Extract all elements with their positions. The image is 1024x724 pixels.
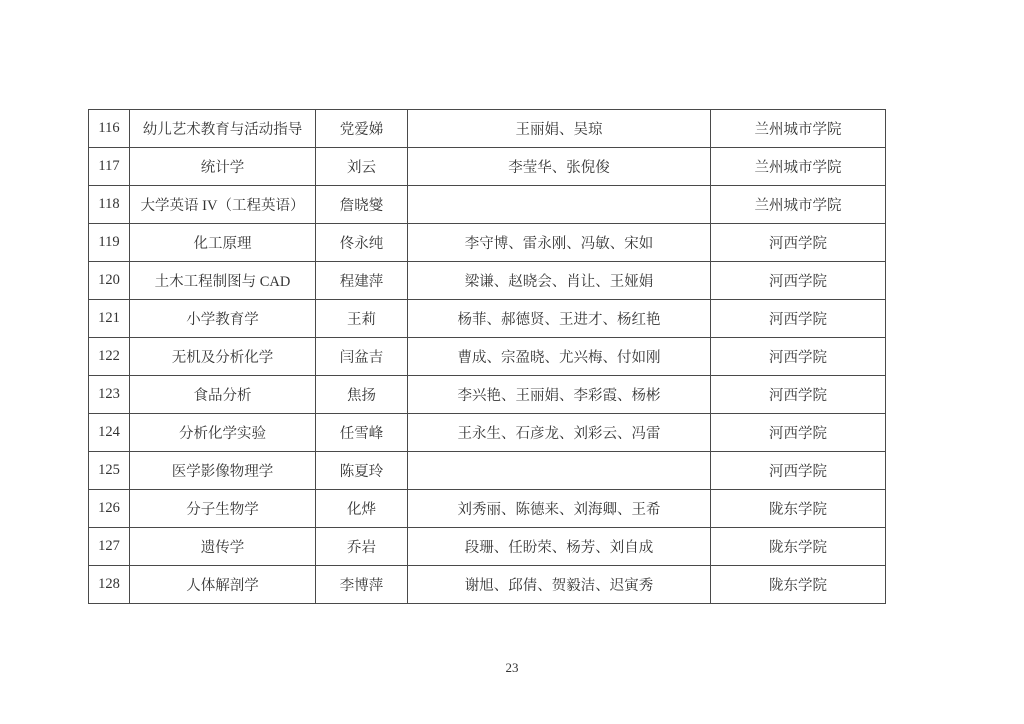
institution-cell: 河西学院 — [711, 300, 886, 338]
table-row: 118大学英语 IV（工程英语）詹晓燮兰州城市学院 — [89, 186, 886, 224]
course-name-cell: 遗传学 — [130, 528, 316, 566]
row-number-cell: 116 — [89, 110, 130, 148]
team-members-cell: 曹成、宗盈晓、尤兴梅、付如刚 — [408, 338, 711, 376]
institution-cell: 陇东学院 — [711, 566, 886, 604]
leader-name-cell: 焦扬 — [316, 376, 408, 414]
leader-name-cell: 乔岩 — [316, 528, 408, 566]
institution-cell: 河西学院 — [711, 414, 886, 452]
leader-name-cell: 闫盆吉 — [316, 338, 408, 376]
team-members-cell: 谢旭、邱倩、贺毅洁、迟寅秀 — [408, 566, 711, 604]
institution-cell: 兰州城市学院 — [711, 110, 886, 148]
leader-name-cell: 陈夏玲 — [316, 452, 408, 490]
table-row: 124分析化学实验任雪峰王永生、石彦龙、刘彩云、冯雷河西学院 — [89, 414, 886, 452]
team-members-cell: 李兴艳、王丽娟、李彩霞、杨彬 — [408, 376, 711, 414]
course-name-cell: 小学教育学 — [130, 300, 316, 338]
institution-cell: 河西学院 — [711, 338, 886, 376]
row-number-cell: 124 — [89, 414, 130, 452]
institution-cell: 河西学院 — [711, 376, 886, 414]
team-members-cell — [408, 452, 711, 490]
team-members-cell: 李莹华、张倪俊 — [408, 148, 711, 186]
row-number-cell: 126 — [89, 490, 130, 528]
row-number-cell: 127 — [89, 528, 130, 566]
row-number-cell: 122 — [89, 338, 130, 376]
institution-cell: 陇东学院 — [711, 528, 886, 566]
table-row: 122无机及分析化学闫盆吉曹成、宗盈晓、尤兴梅、付如刚河西学院 — [89, 338, 886, 376]
row-number-cell: 128 — [89, 566, 130, 604]
table-row: 127遗传学乔岩段珊、任盼荣、杨芳、刘自成陇东学院 — [89, 528, 886, 566]
course-table-body: 116幼儿艺术教育与活动指导党爱娣王丽娟、吴琼兰州城市学院117统计学刘云李莹华… — [89, 110, 886, 604]
leader-name-cell: 任雪峰 — [316, 414, 408, 452]
institution-cell: 兰州城市学院 — [711, 148, 886, 186]
leader-name-cell: 王莉 — [316, 300, 408, 338]
team-members-cell: 李守博、雷永刚、冯敏、宋如 — [408, 224, 711, 262]
team-members-cell — [408, 186, 711, 224]
course-table: 116幼儿艺术教育与活动指导党爱娣王丽娟、吴琼兰州城市学院117统计学刘云李莹华… — [88, 109, 886, 604]
team-members-cell: 王永生、石彦龙、刘彩云、冯雷 — [408, 414, 711, 452]
table-row: 121小学教育学王莉杨菲、郝德贤、王进才、杨红艳河西学院 — [89, 300, 886, 338]
row-number-cell: 119 — [89, 224, 130, 262]
table-row: 125医学影像物理学陈夏玲河西学院 — [89, 452, 886, 490]
leader-name-cell: 刘云 — [316, 148, 408, 186]
course-name-cell: 土木工程制图与 CAD — [130, 262, 316, 300]
leader-name-cell: 程建萍 — [316, 262, 408, 300]
course-name-cell: 大学英语 IV（工程英语） — [130, 186, 316, 224]
course-name-cell: 人体解剖学 — [130, 566, 316, 604]
institution-cell: 兰州城市学院 — [711, 186, 886, 224]
leader-name-cell: 化烨 — [316, 490, 408, 528]
course-name-cell: 化工原理 — [130, 224, 316, 262]
institution-cell: 河西学院 — [711, 224, 886, 262]
institution-cell: 河西学院 — [711, 452, 886, 490]
course-name-cell: 幼儿艺术教育与活动指导 — [130, 110, 316, 148]
row-number-cell: 123 — [89, 376, 130, 414]
course-name-cell: 食品分析 — [130, 376, 316, 414]
row-number-cell: 121 — [89, 300, 130, 338]
leader-name-cell: 李博萍 — [316, 566, 408, 604]
row-number-cell: 120 — [89, 262, 130, 300]
table-row: 128人体解剖学李博萍谢旭、邱倩、贺毅洁、迟寅秀陇东学院 — [89, 566, 886, 604]
team-members-cell: 梁谦、赵晓会、肖让、王娅娟 — [408, 262, 711, 300]
table-row: 126分子生物学化烨刘秀丽、陈德来、刘海卿、王希陇东学院 — [89, 490, 886, 528]
row-number-cell: 118 — [89, 186, 130, 224]
course-name-cell: 无机及分析化学 — [130, 338, 316, 376]
table-row: 120土木工程制图与 CAD程建萍梁谦、赵晓会、肖让、王娅娟河西学院 — [89, 262, 886, 300]
row-number-cell: 117 — [89, 148, 130, 186]
document-page: 116幼儿艺术教育与活动指导党爱娣王丽娟、吴琼兰州城市学院117统计学刘云李莹华… — [0, 0, 1024, 724]
course-name-cell: 医学影像物理学 — [130, 452, 316, 490]
table-row: 117统计学刘云李莹华、张倪俊兰州城市学院 — [89, 148, 886, 186]
team-members-cell: 王丽娟、吴琼 — [408, 110, 711, 148]
table-row: 123食品分析焦扬李兴艳、王丽娟、李彩霞、杨彬河西学院 — [89, 376, 886, 414]
course-name-cell: 分子生物学 — [130, 490, 316, 528]
course-name-cell: 分析化学实验 — [130, 414, 316, 452]
institution-cell: 河西学院 — [711, 262, 886, 300]
team-members-cell: 段珊、任盼荣、杨芳、刘自成 — [408, 528, 711, 566]
leader-name-cell: 詹晓燮 — [316, 186, 408, 224]
page-number: 23 — [0, 660, 1024, 676]
table-row: 119化工原理佟永纯李守博、雷永刚、冯敏、宋如河西学院 — [89, 224, 886, 262]
course-name-cell: 统计学 — [130, 148, 316, 186]
row-number-cell: 125 — [89, 452, 130, 490]
institution-cell: 陇东学院 — [711, 490, 886, 528]
team-members-cell: 杨菲、郝德贤、王进才、杨红艳 — [408, 300, 711, 338]
table-row: 116幼儿艺术教育与活动指导党爱娣王丽娟、吴琼兰州城市学院 — [89, 110, 886, 148]
leader-name-cell: 佟永纯 — [316, 224, 408, 262]
team-members-cell: 刘秀丽、陈德来、刘海卿、王希 — [408, 490, 711, 528]
leader-name-cell: 党爱娣 — [316, 110, 408, 148]
